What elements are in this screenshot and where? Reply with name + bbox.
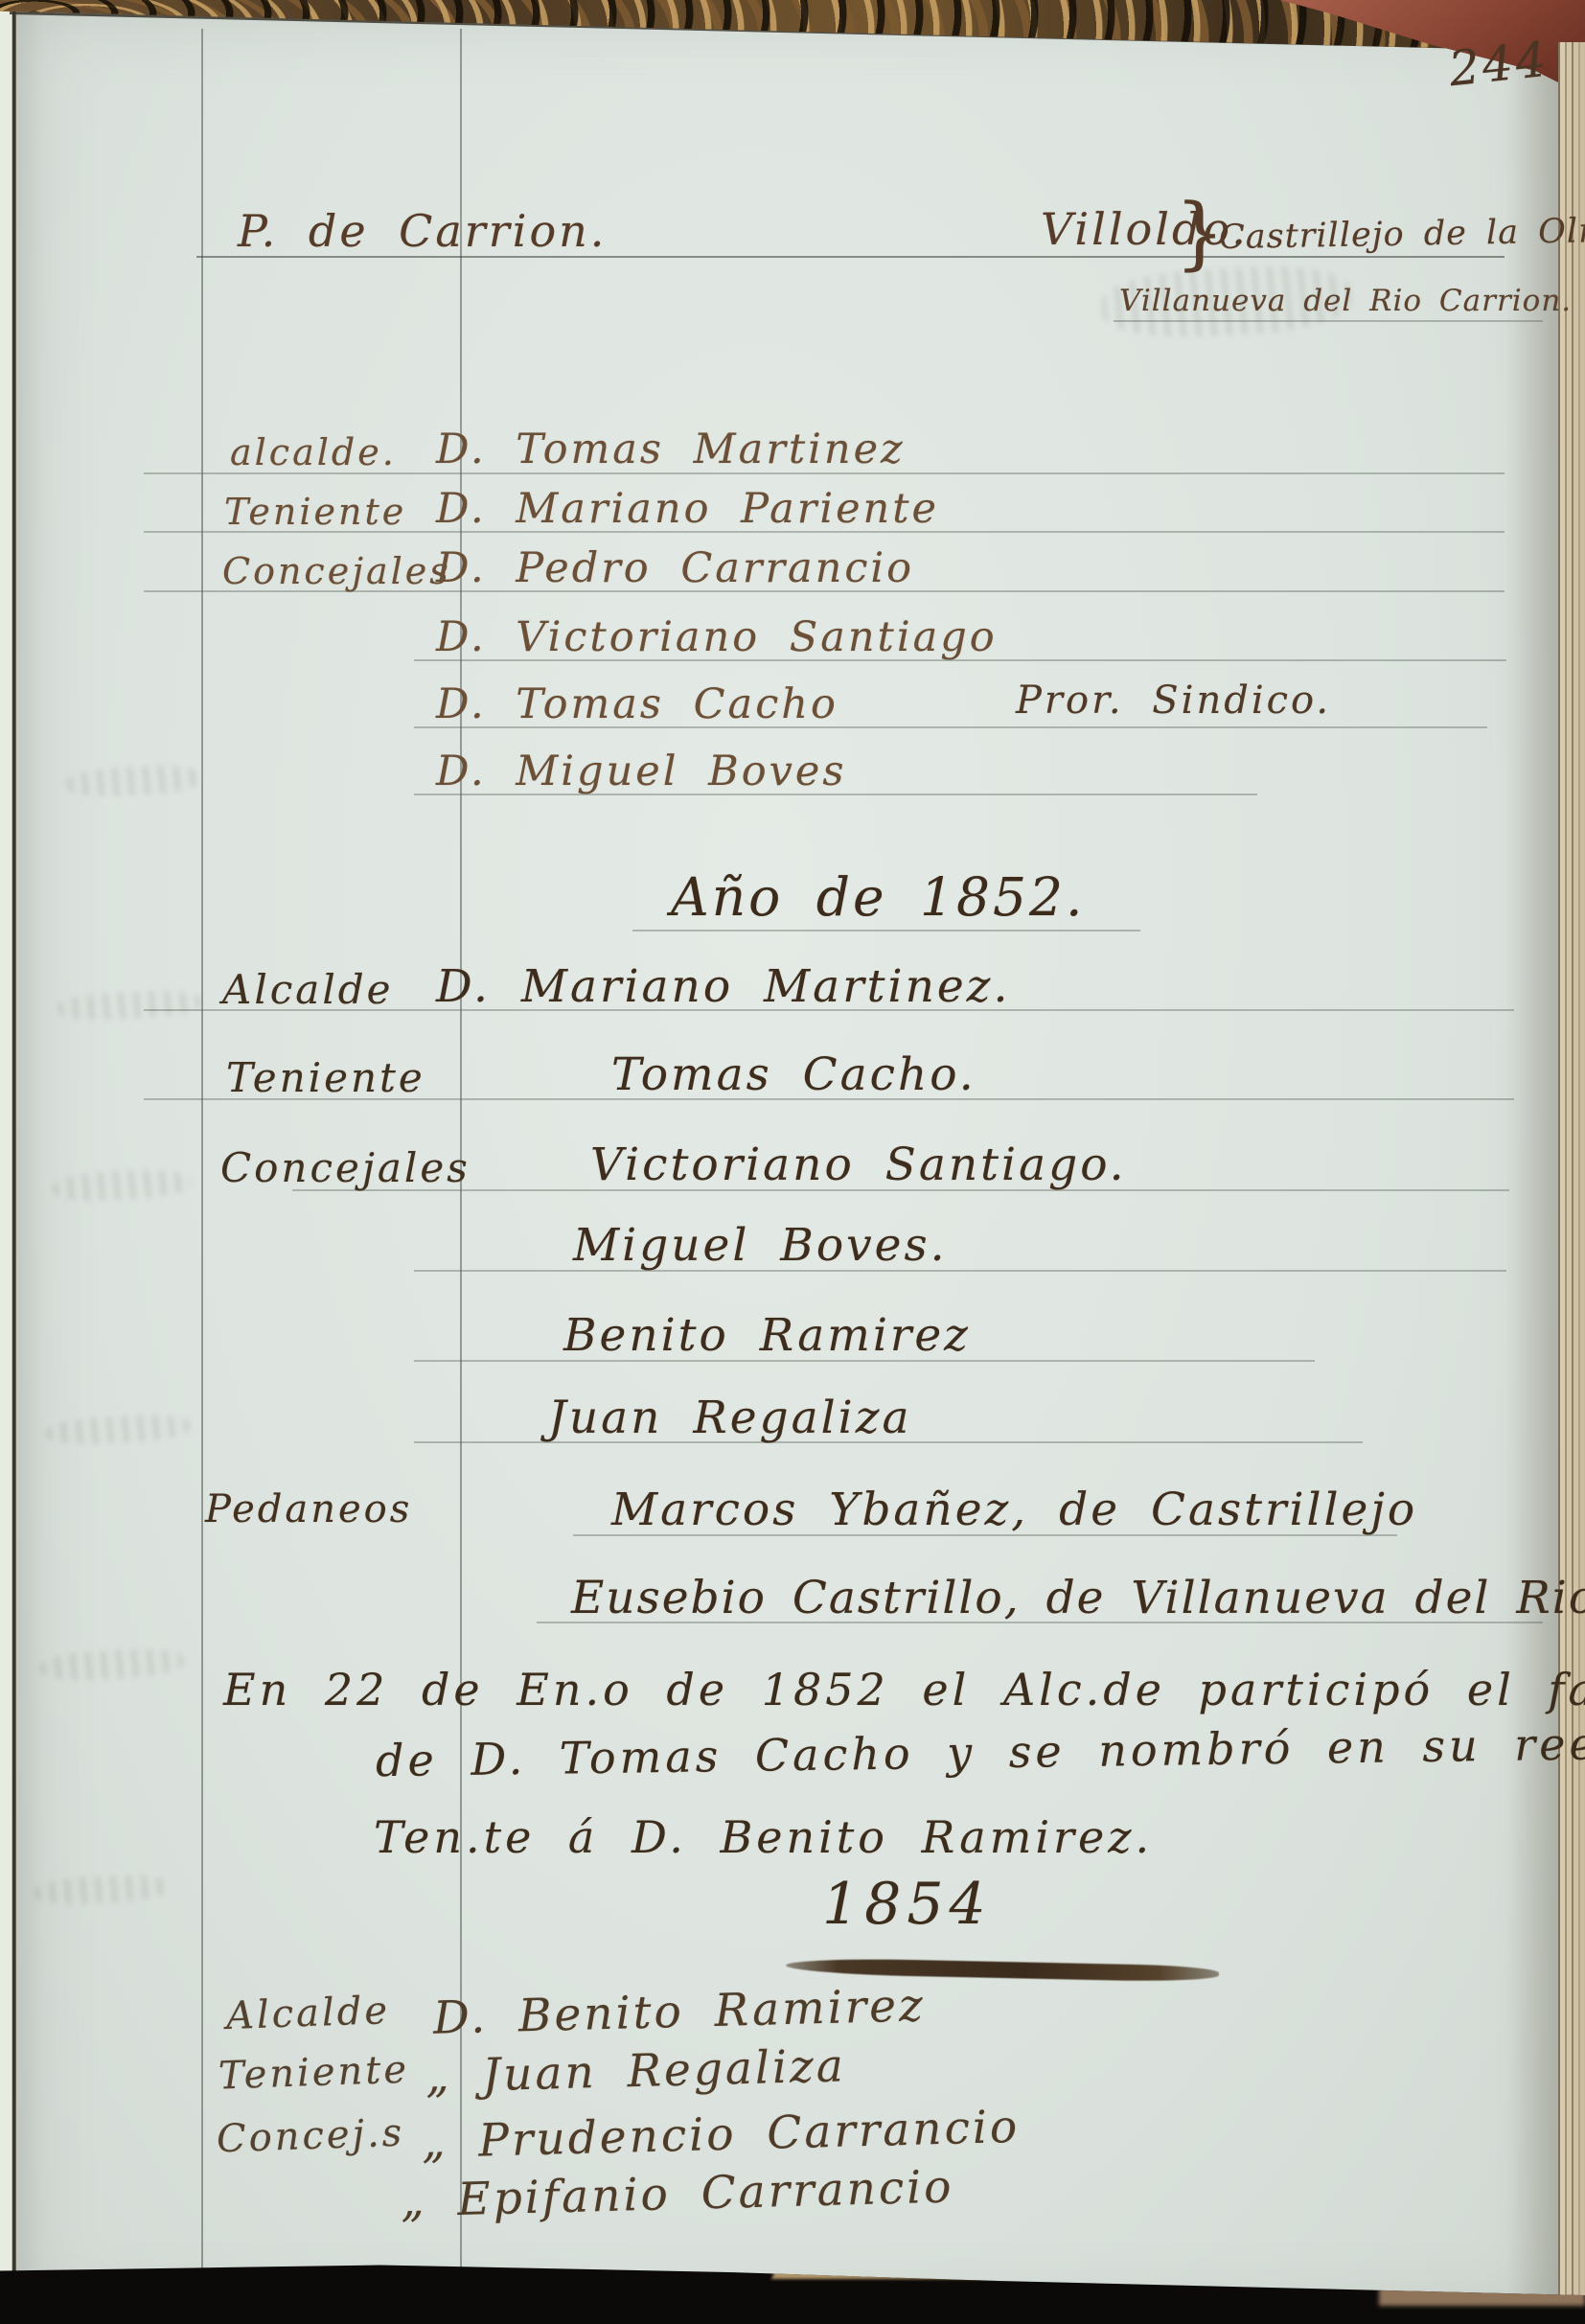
roster1852-label-teniente: Teniente (226, 1054, 425, 1101)
roster1852-name-6: Juan Regaliza (548, 1392, 912, 1444)
header-district: P. de Carrion. (238, 205, 607, 257)
roster1850-name-1: D. Tomas Martinez (436, 426, 906, 473)
note1852-line1: En 22 de En.o de 1852 el Alc.de particip… (223, 1664, 1585, 1715)
note1852-line3: Ten.te á D. Benito Ramirez. (374, 1811, 1153, 1863)
header-annex-line2: Villanueva del Rio Carrion. (1119, 284, 1572, 318)
roster1850-name-5-office: Pror. Sindico. (1016, 679, 1331, 723)
roster1852-name-1: D. Mariano Martinez. (436, 960, 1010, 1013)
pedaneos-name-1: Marcos Ybañez, de Castrillejo (611, 1484, 1417, 1536)
roster1850-name-2: D. Mariano Pariente (436, 485, 939, 533)
roster1850-label-concejales: Concejales (222, 550, 451, 592)
roster1854-label-alcalde: Alcalde (225, 1989, 391, 2038)
margin-rule-left (201, 29, 203, 2290)
pedaneos-label: Pedaneos (205, 1487, 412, 1531)
pedaneos-name-2: Eusebio Castrillo, de Villanueva del Rio (571, 1572, 1585, 1624)
roster1852-name-4: Miguel Boves. (573, 1219, 948, 1272)
roster1850-name-4: D. Victoriano Santiago (436, 613, 998, 661)
year-1854-heading: 1854 (822, 1871, 992, 1938)
year-1852-heading: Año de 1852. (671, 866, 1085, 928)
roster1852-label-concejales: Concejales (220, 1144, 471, 1191)
roster1850-label-alcalde: alcalde. (230, 431, 397, 473)
roster1850-name-6: D. Miguel Boves (436, 748, 846, 795)
roster1852-label-alcalde: Alcalde (222, 966, 394, 1013)
roster1850-label-teniente: Teniente (224, 491, 406, 533)
roster1852-name-5: Benito Ramirez (563, 1309, 971, 1362)
header-brace: } (1175, 188, 1225, 279)
roster1852-name-3: Victoriano Santiago. (590, 1139, 1127, 1191)
ruled-line (632, 930, 1140, 932)
roster1854-label-concejs: Concej.s (216, 2111, 405, 2162)
roster1854-name-2: „ Juan Regaliza (425, 2039, 846, 2103)
roster1852-name-2: Tomas Cacho. (611, 1048, 976, 1101)
page-stack-edge (1558, 42, 1585, 2324)
roster1850-name-5: D. Tomas Cacho (436, 680, 838, 728)
book-gutter-edge (0, 0, 16, 2324)
roster1854-label-teniente: Teniente (218, 2048, 409, 2099)
header-annex-line1: Castrillejo de la Olma y (1219, 211, 1585, 257)
roster1850-name-3: D. Pedro Carrancio (436, 544, 914, 592)
scanned-manuscript-screenshot: { "page_number": "244", "header": { "dis… (0, 0, 1585, 2324)
page-number: 244 (1446, 32, 1551, 98)
